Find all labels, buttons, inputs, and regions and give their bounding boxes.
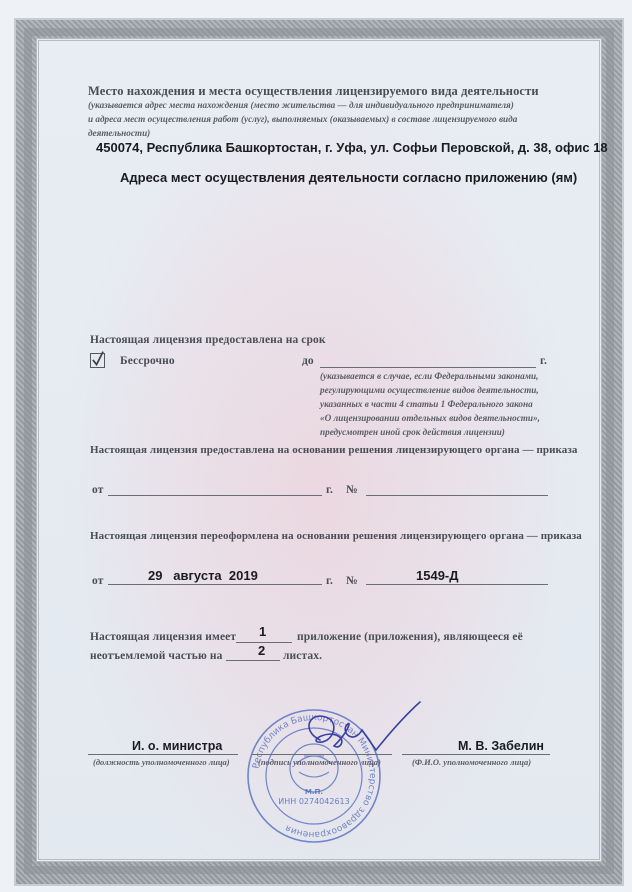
granted-heading: Настоящая лицензия предоставлена на осно… bbox=[90, 444, 578, 456]
name-value: М. В. Забелин bbox=[458, 739, 544, 753]
term-hint-5: предусмотрен иной срок действия лицензии… bbox=[320, 425, 505, 440]
term-heading: Настоящая лицензия предоставлена на срок bbox=[90, 334, 326, 346]
granted-number-label: № bbox=[346, 484, 358, 496]
location-hint-3: деятельности) bbox=[88, 126, 150, 141]
appendix-line2-suffix: листах. bbox=[283, 650, 322, 662]
appendix-sheets-value: 2 bbox=[258, 643, 265, 658]
term-hint-3: указанных в части 4 статьи 1 Федеральног… bbox=[320, 397, 533, 412]
until-year-suffix: г. bbox=[540, 355, 547, 367]
until-date-line bbox=[320, 367, 536, 368]
reissued-number-value: 1549-Д bbox=[416, 568, 459, 583]
seal-mp: М.П. bbox=[305, 788, 323, 796]
location-hint-2: и адреса мест осуществления работ (услуг… bbox=[88, 112, 517, 127]
appendix-count-value: 1 bbox=[259, 624, 266, 639]
until-label: до bbox=[302, 355, 314, 367]
appendix-line1-prefix: Настоящая лицензия имеет bbox=[90, 631, 236, 643]
term-hint-4: «О лицензировании отдельных видов деятел… bbox=[320, 411, 540, 426]
reissued-date-value: 29 августа 2019 bbox=[148, 568, 258, 583]
location-hint-1: (указывается адрес места нахождения (мес… bbox=[88, 98, 514, 113]
reissued-number-label: № bbox=[346, 575, 358, 587]
term-hint-1: (указывается в случае, если Федеральными… bbox=[320, 369, 538, 384]
position-value: И. о. министра bbox=[132, 739, 222, 753]
granted-number-line bbox=[366, 495, 548, 496]
term-hint-2: регулирующими осуществление видов деятел… bbox=[320, 383, 539, 398]
reissued-number-line bbox=[366, 584, 548, 585]
location-heading: Место нахождения и места осуществления л… bbox=[88, 84, 539, 99]
places-value: Адреса мест осуществления деятельности с… bbox=[120, 170, 577, 185]
reissued-from-label: от bbox=[92, 575, 103, 587]
checkmark-icon bbox=[91, 351, 104, 367]
address-value: 450074, Республика Башкортостан, г. Уфа,… bbox=[96, 140, 608, 155]
handwritten-signature-icon bbox=[280, 700, 430, 770]
position-caption: (должность уполномоченного лица) bbox=[93, 755, 230, 770]
granted-year-suffix: г. bbox=[326, 484, 333, 496]
reissued-heading: Настоящая лицензия переоформлена на осно… bbox=[90, 530, 582, 542]
granted-date-line bbox=[108, 495, 322, 496]
license-page: Место нахождения и места осуществления л… bbox=[0, 0, 632, 892]
appendix-line1-suffix: приложение (приложения), являющееся её bbox=[297, 631, 523, 643]
indefinite-label: Бессрочно bbox=[120, 355, 175, 367]
reissued-year-suffix: г. bbox=[326, 575, 333, 587]
appendix-line2-prefix: неотъемлемой частью на bbox=[90, 650, 222, 662]
appendix-sheets-line bbox=[226, 660, 280, 661]
reissued-date-line bbox=[108, 584, 322, 585]
indefinite-checkbox[interactable] bbox=[90, 353, 105, 368]
granted-from-label: от bbox=[92, 484, 103, 496]
seal-inn: ИНН 0274042613 bbox=[278, 797, 349, 806]
